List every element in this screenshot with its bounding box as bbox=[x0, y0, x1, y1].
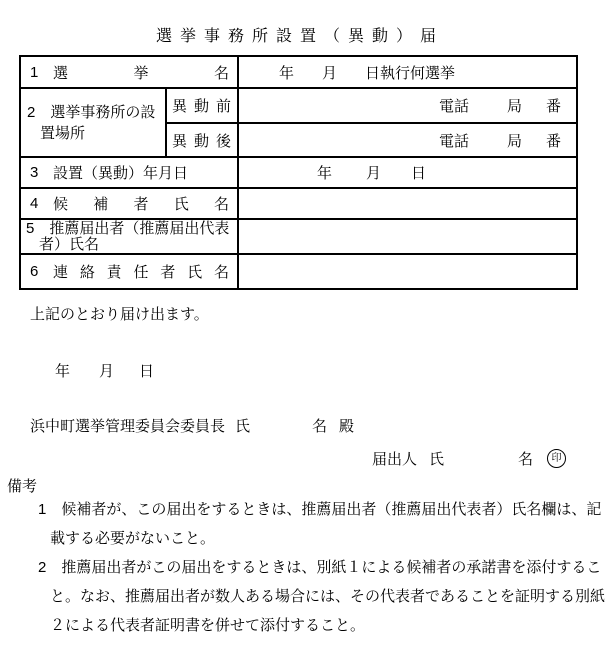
label-char: 氏 bbox=[187, 261, 202, 282]
candidate-name-label: 候補者氏名 bbox=[53, 193, 229, 214]
label-char: 氏 bbox=[174, 193, 189, 214]
applicant-line: 届出人 氏 名 印 bbox=[372, 448, 566, 469]
nominator-label-line1: 5 推薦届出者（推薦届出代表 bbox=[26, 221, 235, 237]
office-location-label-cell: 2 選挙事務所の設 置場所 bbox=[20, 88, 166, 157]
election-name-value-cell: 年月日執行何選挙 bbox=[238, 56, 577, 88]
before-change-value-cell: 電話局番 bbox=[238, 88, 577, 123]
row-nominator-name: 5 推薦届出者（推薦届出代表 者）氏名 bbox=[20, 219, 577, 254]
candidate-name-label-cell: 4 候補者氏名 bbox=[20, 188, 238, 219]
after-change-value-cell: 電話局番 bbox=[238, 123, 577, 157]
row-number: 4 bbox=[30, 195, 53, 212]
remark-line: 2 推薦届出者がこの届出をするときは、別紙１による候補者の承諾書を添付するこ bbox=[38, 553, 600, 582]
contact-person-label: 連絡責任者氏名 bbox=[53, 261, 229, 282]
given-name-label: 名 bbox=[518, 448, 533, 469]
office-location-label-line1: 2 選挙事務所の設 bbox=[27, 102, 165, 123]
remark-line: と。なお、推薦届出者が数人ある場合には、その代表者であることを証明する別紙 bbox=[38, 582, 600, 611]
label-char: 名 bbox=[214, 62, 229, 83]
exchange-label: 局 bbox=[507, 130, 522, 151]
exchange-label: 局 bbox=[507, 95, 522, 116]
row-number: 1 bbox=[30, 64, 53, 81]
election-name-label-cell: 1 選挙名 bbox=[20, 56, 238, 88]
number-label: 番 bbox=[546, 130, 561, 151]
establishment-date-label-cell: 3 設置（異動）年月日 bbox=[20, 157, 238, 188]
label-char: 責 bbox=[107, 261, 122, 282]
remarks-notes: 1 候補者が、この届出をするときは、推薦届出者（推薦届出代表者）氏名欄は、記載す… bbox=[38, 495, 600, 640]
committee-chair-label: 浜中町選挙管理委員会委員長 bbox=[30, 415, 225, 436]
row-establishment-date: 3 設置（異動）年月日 年月日 bbox=[20, 157, 577, 188]
label-char: 任 bbox=[133, 261, 148, 282]
label-char: 候 bbox=[53, 193, 68, 214]
after-change-label: 異動後 bbox=[167, 130, 237, 151]
remarks-heading: 備考 bbox=[7, 475, 37, 496]
establishment-date-label: 設置（異動）年月日 bbox=[53, 162, 188, 183]
label-char: 者 bbox=[134, 193, 149, 214]
month-label: 月 bbox=[366, 165, 381, 182]
before-change-label: 異動前 bbox=[167, 95, 237, 116]
tel-label: 電話 bbox=[439, 130, 469, 151]
contact-person-value-cell bbox=[238, 254, 577, 289]
row-office-location-before: 2 選挙事務所の設 置場所 異動前 電話局番 bbox=[20, 88, 577, 123]
label-char: 者 bbox=[160, 261, 175, 282]
submission-date-line: 年月日 bbox=[55, 360, 154, 381]
year-label: 年 bbox=[317, 165, 332, 182]
label-char: 挙 bbox=[134, 62, 149, 83]
remark-note-1: 1 候補者が、この届出をするときは、推薦届出者（推薦届出代表者）氏名欄は、記載す… bbox=[38, 495, 600, 553]
declaration-text: 上記のとおり届け出ます。 bbox=[30, 303, 209, 324]
row-contact-person-name: 6 連絡責任者氏名 bbox=[20, 254, 577, 289]
row-number: 6 bbox=[30, 263, 53, 280]
remark-line: ２による代表者証明書を併せて添付すること。 bbox=[38, 611, 600, 640]
label-char: 名 bbox=[214, 193, 229, 214]
establishment-date-value-cell: 年月日 bbox=[238, 157, 577, 188]
year-label: 年 bbox=[55, 363, 70, 380]
day-label: 日 bbox=[411, 165, 426, 182]
label-char: 絡 bbox=[80, 261, 95, 282]
remark-line: 1 候補者が、この届出をするときは、推薦届出者（推薦届出代表者）氏名欄は、記 bbox=[38, 495, 600, 524]
remark-note-2: 2 推薦届出者がこの届出をするときは、別紙１による候補者の承諾書を添付すること。… bbox=[38, 553, 600, 640]
honorific-dono-label: 殿 bbox=[339, 415, 354, 436]
month-label: 月 bbox=[99, 363, 114, 380]
row-number: 3 bbox=[30, 164, 53, 181]
office-location-label-line2: 置場所 bbox=[27, 123, 165, 144]
addressee-line: 浜中町選挙管理委員会委員長 氏 名 殿 bbox=[30, 415, 354, 436]
before-change-label-cell: 異動前 bbox=[166, 88, 238, 123]
tel-label: 電話 bbox=[439, 95, 469, 116]
contact-person-label-cell: 6 連絡責任者氏名 bbox=[20, 254, 238, 289]
nominator-label-line2: 者）氏名 bbox=[26, 237, 235, 253]
year-label: 年 bbox=[279, 65, 294, 82]
given-name-label: 名 bbox=[312, 415, 327, 436]
label-char: 補 bbox=[93, 193, 108, 214]
surname-label: 氏 bbox=[429, 448, 444, 469]
candidate-name-value-cell bbox=[238, 188, 577, 219]
election-name-label: 選挙名 bbox=[53, 62, 229, 83]
number-label: 番 bbox=[546, 95, 561, 116]
form-table: 1 選挙名 年月日執行何選挙 2 選挙事務所の設 置場所 異動前 電話局番 bbox=[19, 55, 578, 290]
label-char: 選 bbox=[53, 62, 68, 83]
page-title: 選挙事務所設置（異動）届 bbox=[0, 23, 600, 46]
row-candidate-name: 4 候補者氏名 bbox=[20, 188, 577, 219]
day-label: 日 bbox=[139, 363, 154, 380]
label-char: 名 bbox=[214, 261, 229, 282]
nominator-name-label-cell: 5 推薦届出者（推薦届出代表 者）氏名 bbox=[20, 219, 238, 254]
seal-mark-icon: 印 bbox=[547, 449, 566, 468]
election-held-label: 日執行何選挙 bbox=[365, 65, 455, 82]
month-label: 月 bbox=[322, 65, 337, 82]
surname-label: 氏 bbox=[235, 415, 250, 436]
applicant-label: 届出人 bbox=[372, 448, 417, 469]
nominator-name-value-cell bbox=[238, 219, 577, 254]
after-change-label-cell: 異動後 bbox=[166, 123, 238, 157]
label-char: 連 bbox=[53, 261, 68, 282]
remark-line: 載する必要がないこと。 bbox=[38, 524, 600, 553]
row-election-name: 1 選挙名 年月日執行何選挙 bbox=[20, 56, 577, 88]
